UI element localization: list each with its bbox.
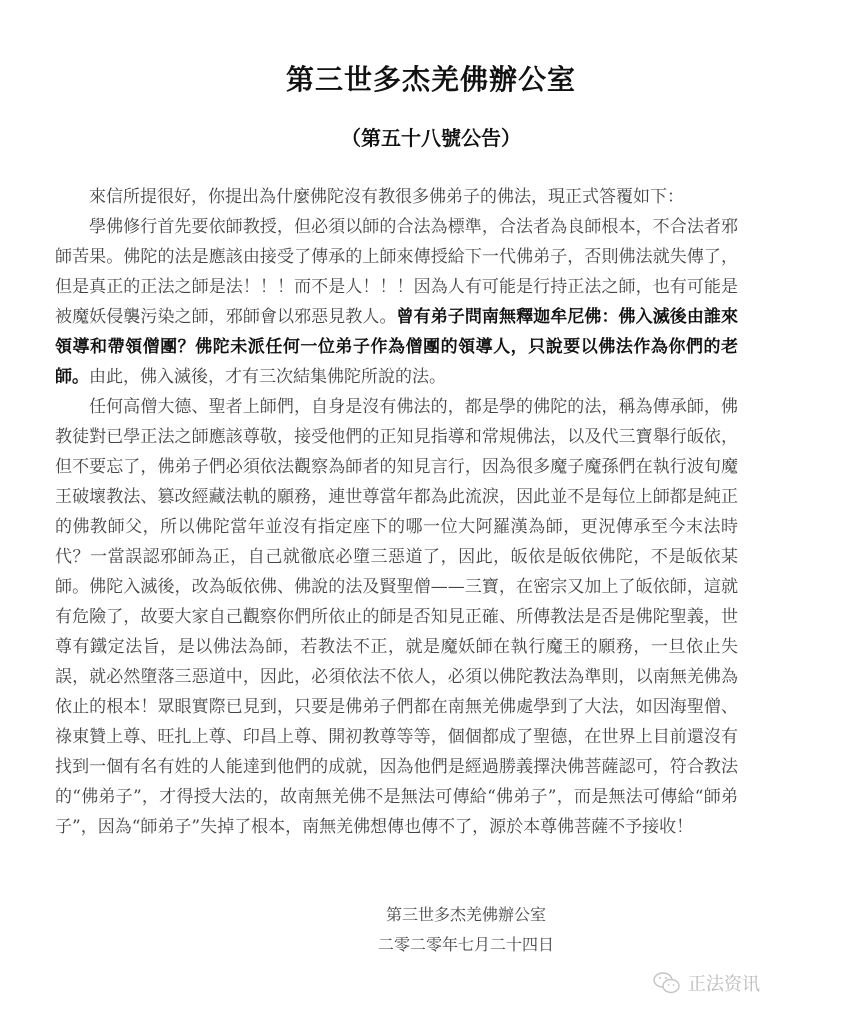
paragraph-3: 任何高僧大德、聖者上師們，自身是沒有佛法的，都是學的佛陀的法，稱為傳承師，佛教徒…: [55, 392, 738, 842]
signature-office: 第三世多杰羌佛辦公室: [378, 900, 554, 930]
watermark: 正法资讯: [652, 970, 760, 996]
announcement-body: 來信所提很好，你提出為什麼佛陀沒有教很多佛弟子的佛法，現正式答覆如下： 學佛修行…: [55, 182, 738, 842]
wechat-icon: [652, 971, 682, 995]
paragraph-2-text-after: 由此，佛入滅後，才有三次結集佛陀所說的法。: [89, 367, 446, 387]
paragraph-1: 來信所提很好，你提出為什麼佛陀沒有教很多佛弟子的佛法，現正式答覆如下：: [55, 182, 738, 212]
document-title: 第三世多杰羌佛辦公室: [0, 58, 862, 98]
paragraph-2: 學佛修行首先要依師教授，但必須以師的合法為標準，合法者為良師根本，不合法者邪師苦…: [55, 212, 738, 392]
announcement-number: （第五十八號公告）: [0, 122, 862, 151]
signature-block: 第三世多杰羌佛辦公室 二零二零年七月二十四日: [378, 900, 554, 960]
signature-date: 二零二零年七月二十四日: [378, 930, 554, 960]
watermark-label: 正法资讯: [688, 970, 760, 996]
